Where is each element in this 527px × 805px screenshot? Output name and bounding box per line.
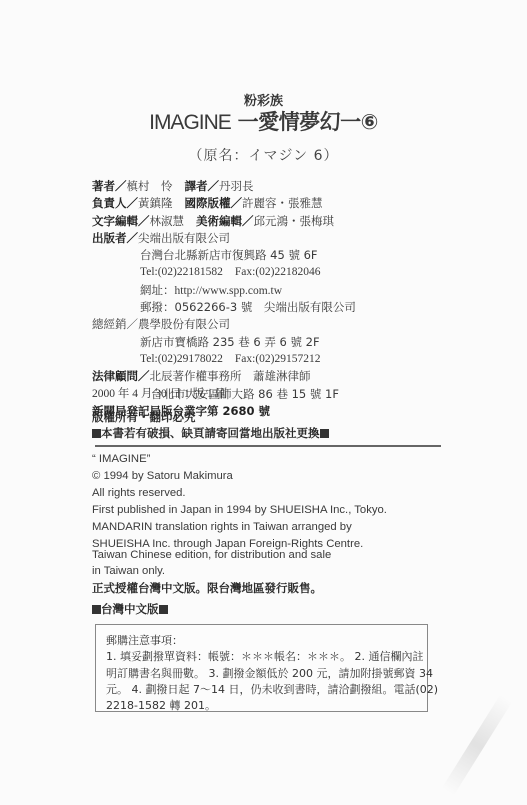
book-title-latin: IMAGINE: [149, 111, 231, 134]
print-date: 2000 年 4 月 30 日 1 版 1 刷: [92, 385, 227, 401]
notice-line: 明訂購書名與冊數。 3. 劃撥金額低於 200 元，請加附掛號郵資 34: [106, 666, 424, 682]
publisher-fax: Fax:(02)22182046: [235, 266, 321, 278]
rights-reserved: 版權所有・翻印必究: [92, 410, 196, 424]
publisher-address: 台灣台北縣新店市復興路 45 號 6F: [92, 247, 356, 264]
notice-title: 郵購注意事項：: [106, 633, 424, 649]
black-square-icon: [320, 429, 329, 438]
english-line: “ IMAGINE”: [92, 451, 387, 468]
english-line: All rights reserved.: [92, 485, 387, 502]
credit-row-editors: 文字編輯／林淑慧美術編輯／邱元鴻・張梅琪: [92, 213, 356, 230]
copyright-page: 粉彩族 IMAGINE 一愛情夢幻一⑥ （原名：イマジン 6） 著者／槙村 怜譯…: [0, 0, 527, 805]
text-editor-name: 林淑慧: [150, 214, 185, 228]
credit-row-responsible: 負責人／黃鎮隆國際版權／許麗容・張雅慧: [92, 195, 356, 212]
distribution-note: Taiwan Chinese edition, for distribution…: [92, 547, 331, 579]
english-line: MANDARIN translation rights in Taiwan ar…: [92, 519, 387, 536]
author-label: 著者／: [92, 179, 127, 193]
credits-block: 著者／槙村 怜譯者／丹羽長 負責人／黃鎮隆國際版權／許麗容・張雅慧 文字編輯／林…: [92, 178, 356, 420]
scan-smudge: [442, 695, 512, 796]
distributor-tel: Tel:(02)29178022: [140, 353, 223, 365]
publisher-contact: Tel:(02)22181582Fax:(02)22182046: [92, 264, 356, 281]
website-label: 網址：: [140, 283, 175, 297]
english-line: First published in Japan in 1994 by SHUE…: [92, 502, 387, 519]
notice-line: 1. 填妥劃撥單資料：帳號：＊＊＊帳名：＊＊＊。 2. 通信欄內註: [106, 649, 424, 665]
responsible-label: 負責人／: [92, 196, 138, 210]
postal-row: 郵撥：0562266-3 號 尖端出版有限公司: [92, 299, 356, 316]
author-name: 槙村 怜: [127, 179, 173, 193]
credit-row-legal: 法律顧問／北辰著作權事務所 蕭雄淋律師: [92, 368, 356, 385]
damage-return-notice: 本書若有破損、缺頁請寄回當地出版社更換: [101, 426, 320, 440]
art-editor-label: 美術編輯／: [196, 214, 254, 228]
distributor-fax: Fax:(02)29157212: [235, 353, 321, 365]
text-editor-label: 文字編輯／: [92, 214, 150, 228]
intl-rights-names: 許麗容・張雅慧: [242, 196, 323, 210]
book-title: IMAGINE 一愛情夢幻一⑥: [0, 106, 527, 136]
credit-row-author: 著者／槙村 怜譯者／丹羽長: [92, 178, 356, 195]
distributor-name: 農學股份有限公司: [138, 317, 230, 331]
art-editor-names: 邱元鴻・張梅琪: [254, 214, 335, 228]
authorized-edition: 正式授權台灣中文版。限台灣地區發行販售。: [92, 580, 322, 596]
legal-label: 法律顧問／: [92, 369, 150, 383]
english-copyright: “ IMAGINE” © 1994 by Satoru Makimura All…: [92, 451, 387, 553]
mail-order-notice-box: 郵購注意事項： 1. 填妥劃撥單資料：帳號：＊＊＊帳名：＊＊＊。 2. 通信欄內…: [95, 624, 428, 712]
black-square-icon: [92, 429, 101, 438]
distributor-contact: Tel:(02)29178022Fax:(02)29157212: [92, 351, 356, 368]
credit-row-publisher: 出版者／尖端出版有限公司: [92, 230, 356, 247]
intl-rights-label: 國際版權／: [185, 196, 243, 210]
distribution-line: Taiwan Chinese edition, for distribution…: [92, 547, 331, 563]
book-title-cjk: 一愛情夢幻一⑥: [231, 110, 378, 134]
website-url: http://www.spp.com.tw: [175, 285, 283, 297]
notice-line: 2218-1582 轉 201。: [106, 698, 424, 714]
translator-label: 譯者／: [185, 179, 220, 193]
rights-notice: 版權所有・翻印必究 本書若有破損、缺頁請寄回當地出版社更換: [92, 409, 329, 441]
publisher-tel: Tel:(02)22181582: [140, 266, 223, 278]
divider: [95, 445, 441, 447]
notice-line: 元。 4. 劃撥日起 7～14 日，仍未收到書時，請洽劃撥組。電話(02): [106, 682, 424, 698]
website-row: 網址：http://www.spp.com.tw: [92, 282, 356, 299]
responsible-name: 黃鎮隆: [138, 196, 173, 210]
postal-label: 郵撥：: [140, 300, 175, 314]
distribution-line: in Taiwan only.: [92, 563, 331, 579]
black-square-icon: [159, 605, 168, 614]
translator-name: 丹羽長: [219, 179, 254, 193]
credit-row-distributor: 總經銷／農學股份有限公司: [92, 316, 356, 333]
publisher-label: 出版者／: [92, 231, 138, 245]
english-line: © 1994 by Satoru Makimura: [92, 468, 387, 485]
legal-counsel: 北辰著作權事務所 蕭雄淋律師: [150, 369, 311, 383]
publisher-name: 尖端出版有限公司: [138, 231, 230, 245]
edition-label: 台灣中文版: [92, 601, 168, 617]
distributor-address: 新店市寶橋路 235 巷 6 弄 6 號 2F: [92, 334, 356, 351]
original-title: （原名：イマジン 6）: [0, 145, 527, 165]
postal-account: 0562266-3 號 尖端出版有限公司: [175, 300, 356, 314]
black-square-icon: [92, 605, 101, 614]
distributor-label: 總經銷／: [92, 317, 138, 331]
